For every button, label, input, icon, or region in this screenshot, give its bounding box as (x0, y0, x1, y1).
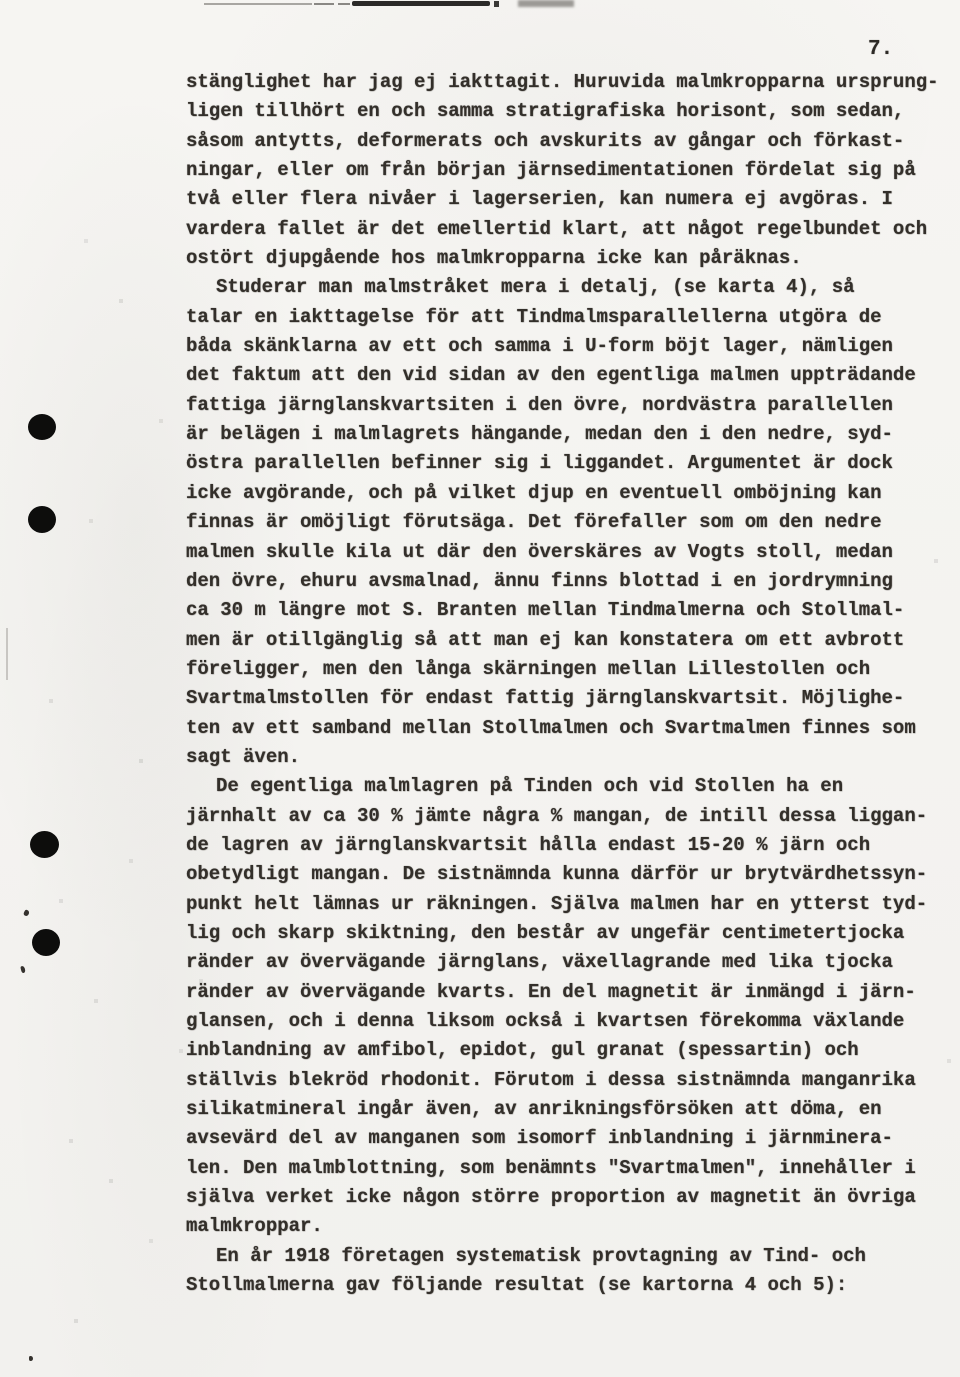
hole-punch-dot (28, 414, 56, 440)
text-line: obetydligt mangan. De sistnämnda kunna d… (186, 860, 958, 889)
text-line: glansen, och i denna liksom också i kvar… (186, 1007, 958, 1036)
text-line: fattiga järnglanskvartsiten i den övre, … (186, 391, 958, 420)
text-line: vardera fallet är det emellertid klart, … (186, 215, 958, 244)
text-line: avsevärd del av manganen som isomorf inb… (186, 1124, 958, 1153)
text-line: silikatmineral ingår även, av anriknings… (186, 1095, 958, 1124)
ink-speck (20, 966, 26, 974)
text-line: Stollmalmerna gav följande resultat (se … (186, 1271, 958, 1300)
ink-speck (23, 909, 30, 917)
text-line: En år 1918 företagen systematisk provtag… (186, 1242, 958, 1271)
scan-artifact-top-line (204, 3, 312, 5)
text-line: båda skänklarna av ett och samma i U-for… (186, 332, 958, 361)
text-line: ca 30 m längre mot S. Branten mellan Tin… (186, 596, 958, 625)
scan-artifact-top-smudge (518, 0, 574, 7)
text-line: punkt helt lämnas ur räkningen. Själva m… (186, 890, 958, 919)
text-line: östra parallellen befinner sig i liggand… (186, 449, 958, 478)
text-line: ligen tillhört en och samma stratigrafis… (186, 97, 958, 126)
text-line: finnas är omöjligt förutsäga. Det förefa… (186, 508, 958, 537)
text-line: inblandning av amfibol, epidot, gul gran… (186, 1036, 958, 1065)
paragraph: stänglighet har jag ej iakttagit. Huruvi… (186, 68, 958, 273)
text-line: icke avgörande, och på vilket djup en ev… (186, 479, 958, 508)
scan-artifact-top-tick (494, 1, 499, 7)
document-page: 7. stänglighet har jag ej iakttagit. Hur… (0, 0, 960, 1377)
text-line: föreligger, men den långa skärningen mel… (186, 655, 958, 684)
ink-speck (29, 1356, 33, 1361)
text-line: ränder av övervägande järnglans, växella… (186, 948, 958, 977)
text-line: stänglighet har jag ej iakttagit. Huruvi… (186, 68, 958, 97)
hole-punch-dot (28, 506, 56, 533)
text-line: järnhalt av ca 30 % jämte några % mangan… (186, 802, 958, 831)
text-line: ningar, eller om från början järnsedimen… (186, 156, 958, 185)
scan-artifact-top-dash (314, 3, 334, 5)
paper-noise-specks (0, 0, 2, 2)
hole-punch-dot (32, 929, 60, 956)
text-line: två eller flera nivåer i lagerserien, ka… (186, 185, 958, 214)
text-line: de lagren av järnglanskvartsit hålla end… (186, 831, 958, 860)
document-text-block: stänglighet har jag ej iakttagit. Huruvi… (186, 68, 958, 1300)
text-line: men är otillgänglig så att man ej kan ko… (186, 626, 958, 655)
text-line: sagt även. (186, 743, 958, 772)
paper-edge-mark (6, 628, 8, 680)
scan-artifact-top-bar (352, 1, 490, 6)
text-line: ställvis blekröd rhodonit. Förutom i des… (186, 1066, 958, 1095)
text-line: De egentliga malmlagren på Tinden och vi… (186, 772, 958, 801)
text-line: ten av ett samband mellan Stollmalmen oc… (186, 714, 958, 743)
text-line: den övre, ehuru avsmalnad, ännu finns bl… (186, 567, 958, 596)
text-line: malmen skulle kila ut där den överskäres… (186, 538, 958, 567)
page-number: 7. (868, 38, 893, 61)
text-line: len. Den malmblottning, som benämnts "Sv… (186, 1154, 958, 1183)
text-line: ostört djupgående hos malmkropparna icke… (186, 244, 958, 273)
text-line: såsom antytts, deformerats och avskurits… (186, 127, 958, 156)
text-line: är belägen i malmlagrets hängande, medan… (186, 420, 958, 449)
text-line: ränder av övervägande kvarts. En del mag… (186, 978, 958, 1007)
text-line: själva verket icke någon större proporti… (186, 1183, 958, 1212)
text-line: lig och skarp skiktning, den består av u… (186, 919, 958, 948)
text-line: Studerar man malmstråket mera i detalj, … (186, 273, 958, 302)
paragraph: De egentliga malmlagren på Tinden och vi… (186, 772, 958, 1242)
paragraph: En år 1918 företagen systematisk provtag… (186, 1242, 958, 1301)
paragraph: Studerar man malmstråket mera i detalj, … (186, 273, 958, 772)
scan-artifact-top-dash (338, 3, 350, 5)
hole-punch-dot (30, 831, 59, 858)
text-line: Svartmalmstollen för endast fattig järng… (186, 684, 958, 713)
text-line: malmkroppar. (186, 1212, 958, 1241)
text-line: talar en iakttagelse för att Tindmalmspa… (186, 303, 958, 332)
text-line: det faktum att den vid sidan av den egen… (186, 361, 958, 390)
